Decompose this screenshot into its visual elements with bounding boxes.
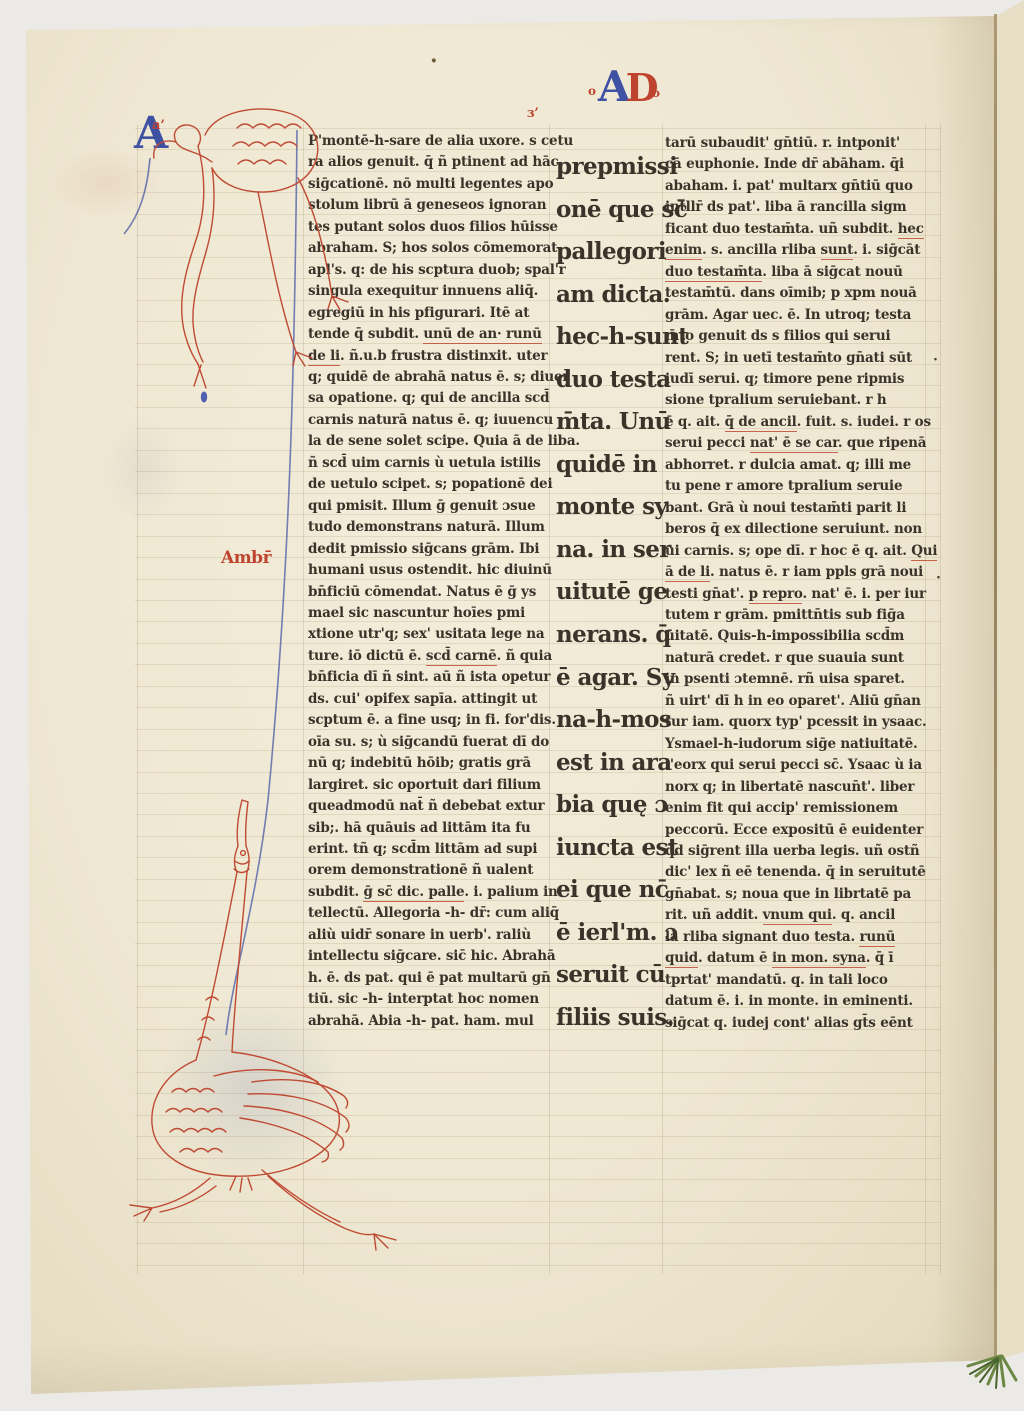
manuscript-line: ficant duo testam̄ta. uñ subdit. hec: [665, 219, 937, 240]
manuscript-line: queadmodū nat̄ ñ debebat extur: [308, 796, 580, 817]
ruled-line: [135, 1115, 941, 1116]
manuscript-line: ē q. ait. q̄ de ancil. fuit. s. iudei. r…: [665, 412, 937, 433]
ruled-line: [135, 1158, 941, 1159]
manuscript-line: tarū subaudit' gn̄tiū. r. intponit': [665, 133, 937, 154]
manuscript-line: ra alios genuit. q̄ ñ ptinent ad hāc: [308, 152, 580, 173]
manuscript-line: ñ scd̄ uim carnis ù uetula istilis: [308, 453, 580, 474]
manuscript-line: h. ē. ds pat. qui ē pat multarū gn̄: [308, 968, 580, 989]
manuscript-line: aliù uidr̄ sonare in uerb'. raliù: [308, 925, 580, 946]
manuscript-line: tes putant solos duos filios hūisse: [308, 217, 580, 238]
manuscript-line: ñ uirt' dī h in eo oparet'. Aliū gn̄an: [665, 691, 937, 712]
manuscript-line: stolum librū ā geneseos ignoran: [308, 195, 580, 216]
manuscript-line: tur iam. quorx typ' pcessit in ysaac.: [665, 712, 937, 733]
rubric-mark: ·: [430, 48, 438, 74]
manuscript-line: intllr̄ ds pat'. liba ā rancilla sigm: [665, 197, 937, 218]
manuscript-line: iudī serui. q; timore pene ripmis: [665, 369, 937, 390]
ruled-line: [135, 128, 941, 129]
manuscript-line: egregiū in his pfigurari. Itē at: [308, 303, 580, 324]
ruled-line: [135, 1136, 941, 1137]
manuscript-line: q; quidē de abrahā natus ē. s; diuer: [308, 367, 580, 388]
manuscript-line: singula exequitur innuens aliq̄.: [308, 281, 580, 302]
manuscript-line: cā euphonie. Inde dr̄ abāham. q̄i: [665, 154, 937, 175]
manuscript-line: ā de li. natus ē. r iam ppls grā noui: [665, 562, 937, 583]
manuscript-line: sib;. hā quāuis ad littām ita fu: [308, 818, 580, 839]
ruled-line: [135, 1072, 941, 1073]
manuscript-line: la de sene solet scipe. Quia ā de liba.: [308, 431, 580, 452]
bookmark-tassel: [968, 1356, 1016, 1388]
margin-initial-a: A: [134, 108, 168, 159]
manuscript-line: erint. tñ q; scd̄m littām ad supi: [308, 839, 580, 860]
manuscript-line: abhorret. r dulcia amat. q; illi me: [665, 455, 937, 476]
manuscript-line: orem demonstrationē ñ ualent: [308, 860, 580, 881]
manuscript-line: dedit pmissio siḡcans grām. Ibi: [308, 539, 580, 560]
manuscript-line: tellectū. Allegoria -h- dr̄: cum aliq̄: [308, 903, 580, 924]
manuscript-line: testam̄tū. dans oīmib; p xpm nouā: [665, 283, 937, 304]
running-header: AD: [598, 62, 659, 111]
manuscript-line: bn̄ficia dī ñ sint. aū ñ ista opetur: [308, 667, 580, 688]
manuscript-line: ui carnis. s; ope dī. r hoc ē q. ait. Qu…: [665, 541, 937, 562]
manuscript-line: sa opatione. q; qui de ancilla scd̄: [308, 388, 580, 409]
ruled-line: [135, 1201, 941, 1202]
manuscript-line: ūitatē. Quis-h-impossibilia scd̄m: [665, 626, 937, 647]
manuscript-line: sione tpralium seruiebant. r h: [665, 390, 937, 411]
manuscript-line: qui pmisit. Illum ḡ genuit ɔsue: [308, 496, 580, 517]
manuscript-line: ture. iō dictū ē. scd̄ carnē. ñ quia: [308, 646, 580, 667]
manuscript-line: in psenti ɔtemnē. rñ uisa sparet.: [665, 669, 937, 690]
manuscript-line: serui pecci nat' ē se car. que ripenā: [665, 433, 937, 454]
ruled-line: [135, 1093, 941, 1094]
ruled-line-vertical: [303, 124, 304, 1274]
manuscript-line: intellectu siḡcare. sic̄ hic. Abrahā: [308, 946, 580, 967]
manuscript-line: q̄d siḡrent illa uerba legis. uñ ostñ: [665, 841, 937, 862]
manuscript-line: duo testam̄ta. liba ā siḡcat nouū: [665, 262, 937, 283]
rubric-mark: o: [588, 84, 596, 98]
manuscript-line: enim fit qui accip' remissionem: [665, 798, 937, 819]
manuscript-line: grām. Agar uec. ē. In utroq; testa: [665, 305, 937, 326]
manuscript-line: la rliba signant duo testa. runū: [665, 927, 937, 948]
rubric-mark: ɜ’: [527, 106, 539, 121]
manuscript-line: de li. ñ.u.b frustra distinxit. uter: [308, 346, 580, 367]
manuscript-line: siḡcationē. nō multi legentes apo: [308, 174, 580, 195]
photograph-backdrop: { "header": { "a": "A", "d": "D" }, "mar…: [0, 0, 1024, 1411]
manuscript-line: bant. Grā ù noui testam̄ti parit li: [665, 498, 937, 519]
manuscript-line: rit. uñ addit. vnum qui. q. ancil: [665, 905, 937, 926]
rubric-mark: o: [652, 86, 660, 100]
manuscript-line: rent. S; in uetī testam̄to gn̄ati sūt: [665, 348, 937, 369]
manuscript-line: tudo demonstrans naturā. Illum: [308, 517, 580, 538]
manuscript-line: xtione utr'q; sex' usitata lege na: [308, 624, 580, 645]
manuscript-line: bn̄ficiū cōmendat. Natus ē ḡ ys: [308, 582, 580, 603]
manuscript-line: tprtat' mandatū. q. in tali loco: [665, 970, 937, 991]
manuscript-line: datum ē. i. in monte. in eminenti.: [665, 991, 937, 1012]
manuscript-line: siḡcat q. iudej cont' alias gt̄s eēnt: [665, 1013, 937, 1034]
manuscript-line: peccorū. Ecce expositū ē euidenter: [665, 820, 937, 841]
manuscript-line: norx q; in libertatē nascun̄t'. liber: [665, 777, 937, 798]
manuscript-line: tutem r grām. pmittn̄tis sub fiḡa: [665, 605, 937, 626]
ruled-line: [135, 1050, 941, 1051]
manuscript-line: nū q; indebitū hōib; gratis grā: [308, 753, 580, 774]
manuscript-line: carnis naturā natus ē. q; iuuencu: [308, 410, 580, 431]
manuscript-line: enim. s. ancilla rliba sunt. i. siḡcāt: [665, 240, 937, 261]
manuscript-line: tu pene r amore tpralium seruie: [665, 476, 937, 497]
ruled-line: [135, 1265, 941, 1266]
manuscript-line: tende q̄ subdit. unū de an· runū: [308, 324, 580, 345]
ruled-line: [135, 1222, 941, 1223]
manuscript-line: tiū. sic -h- interptat hoc nomen: [308, 989, 580, 1010]
manuscript-line: Ysmael-h-iudorum siḡe natiuitatē.: [665, 734, 937, 755]
manuscript-line: humani usus ostendit. hic diuinū: [308, 560, 580, 581]
manuscript-line: abrahā. Abia -h- pat. ham. mul: [308, 1011, 580, 1032]
manuscript-line: apl's. q: de his scptura duob; spal'r: [308, 260, 580, 281]
text-column-right: tarū subaudit' gn̄tiū. r. intponit'cā eu…: [665, 133, 937, 1034]
manuscript-line: oīa su. s; ù siḡcandū fuerat dī do: [308, 732, 580, 753]
text-column-left: P'montē-h-sare de alia uxore. s cetura a…: [308, 131, 580, 1032]
manuscript-line: testi gn̄at'. p repro. nat' ē. i. per iu…: [665, 584, 937, 605]
rubric-mark: a’: [152, 118, 165, 133]
manuscript-line: m̄to genuit ds s filios qui serui: [665, 326, 937, 347]
gutter-fold: [994, 14, 997, 1362]
manuscript-line: de uetulo scipet. s; popationē dei: [308, 474, 580, 495]
manuscript-line: gn̄abat. s; noua que in librtatē pa: [665, 884, 937, 905]
margin-note-ambrose: Ambr̄: [221, 548, 271, 568]
ruled-line: [135, 1243, 941, 1244]
manuscript-line: l'eorx qui serui pecci sc̄. Ysaac ù ia: [665, 755, 937, 776]
manuscript-line: subdit. ḡ sc̄ dic. palle. i. palium in: [308, 882, 580, 903]
manuscript-line: mael sic nascuntur hoīes pmi: [308, 603, 580, 624]
ruled-line: [135, 1179, 941, 1180]
ruled-line-vertical: [137, 124, 138, 1274]
manuscript-line: dic' lex ñ eē tenenda. q̄ in seruitutē: [665, 862, 937, 883]
ruled-line-vertical: [940, 124, 941, 1274]
manuscript-line: abraham. S; hos solos cōmemorat: [308, 238, 580, 259]
manuscript-line: largiret. sic oportuit dari filium: [308, 775, 580, 796]
manuscript-line: scptum ē. a fine usq; in fi. for'dis.: [308, 710, 580, 731]
manuscript-line: beros q̄ ex dilectione seruiunt. non: [665, 519, 937, 540]
manuscript-line: quid. datum ē in mon. syna. q̄ ī: [665, 948, 937, 969]
manuscript-line: ds. cui' opifex sapīa. attingit ut: [308, 689, 580, 710]
manuscript-line: P'montē-h-sare de alia uxore. s cetu: [308, 131, 580, 152]
manuscript-line: naturā credet. r que suauia sunt: [665, 648, 937, 669]
manuscript-line: abaham. i. pat' multarx gn̄tiū quo: [665, 176, 937, 197]
